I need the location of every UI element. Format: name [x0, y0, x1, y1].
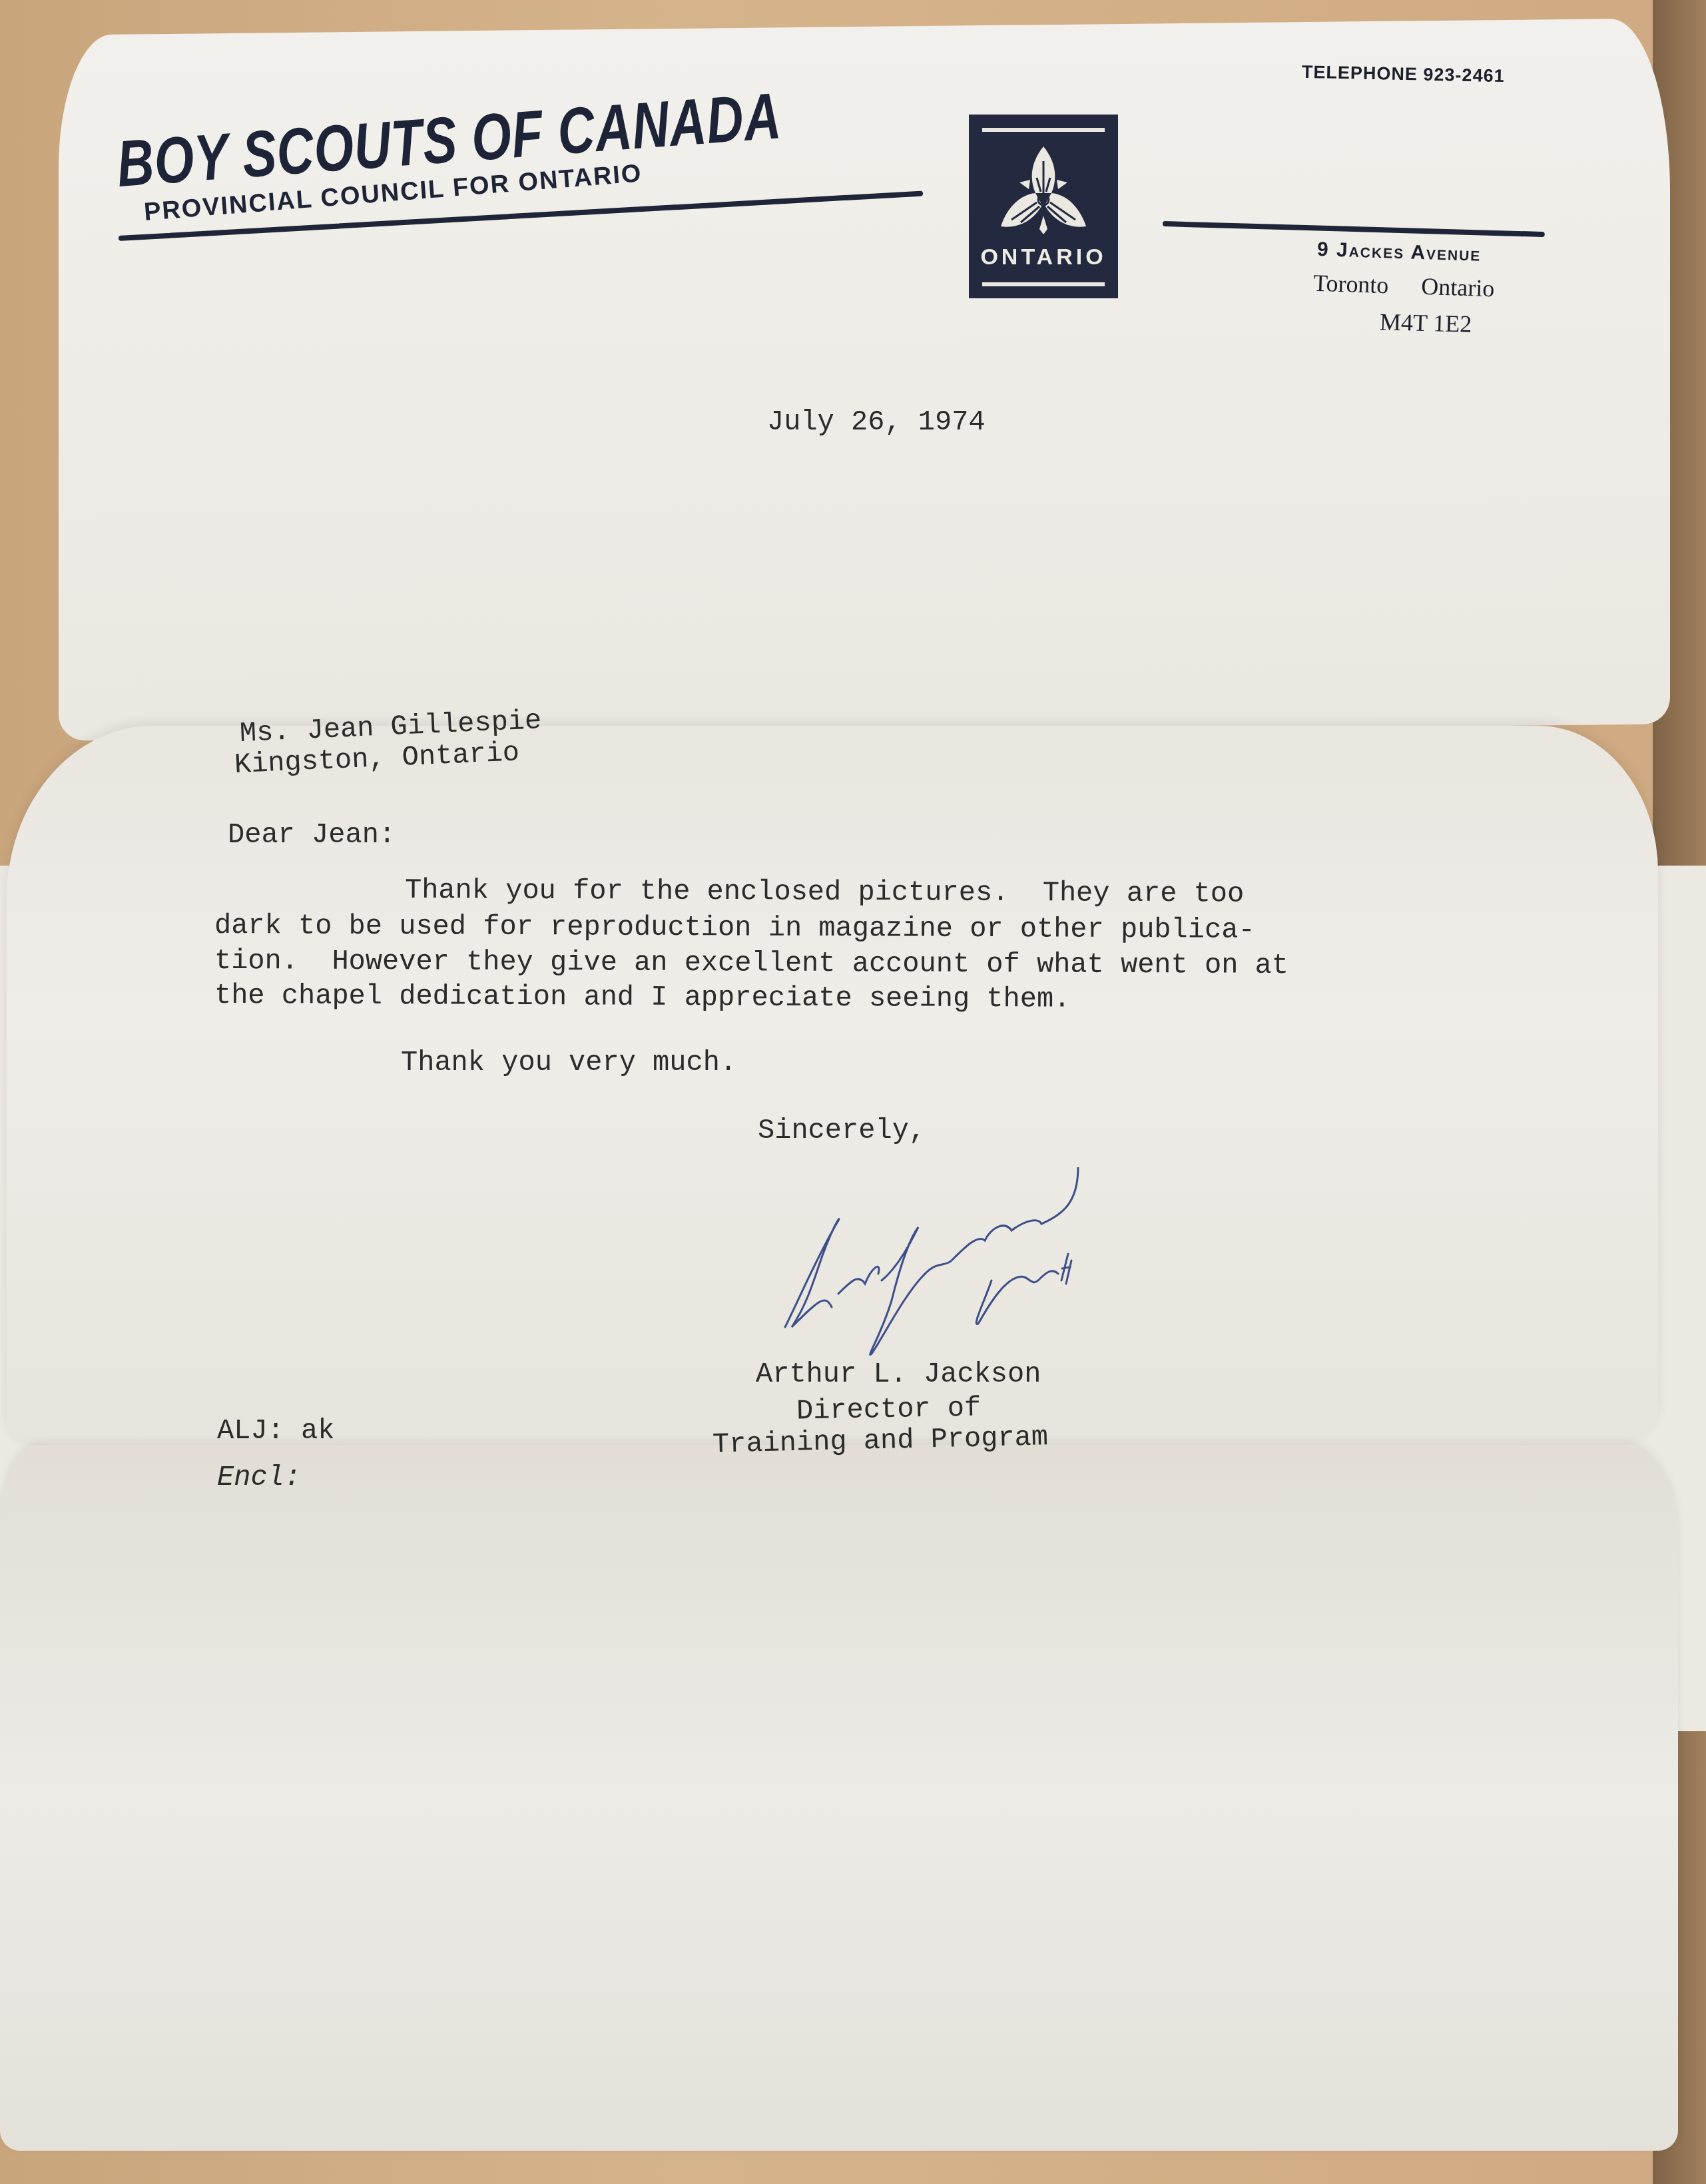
body-line: Thank you for the enclosed pictures. The… — [405, 874, 1244, 910]
signer-title-line1: Director of — [796, 1392, 982, 1428]
signer-name: Arthur L. Jackson — [756, 1358, 1041, 1390]
valediction: Sincerely, — [758, 1115, 926, 1147]
letter-bottom-fold — [0, 1445, 1678, 2151]
address-city: Toronto Ontario — [1312, 269, 1495, 303]
handwritten-signature — [752, 1155, 1165, 1370]
trillium-icon — [997, 141, 1090, 241]
letter-date: July 26, 1974 — [767, 406, 986, 438]
body-line: the chapel dedication and I appreciate s… — [214, 979, 1071, 1015]
telephone-number: TELEPHONE 923-2461 — [1302, 62, 1505, 87]
address-postal-code: M4T 1E2 — [1379, 308, 1472, 338]
badge-text: ONTARIO — [969, 244, 1118, 270]
salutation: Dear Jean: — [228, 819, 396, 851]
body-line: dark to be used for reproduction in maga… — [214, 910, 1255, 946]
badge-bar-bottom — [982, 282, 1105, 286]
reference-initials: ALJ: ak — [217, 1415, 334, 1447]
body-line: tion. However they give an excellent acc… — [214, 945, 1288, 981]
enclosure-note: Encl: — [217, 1462, 301, 1494]
ontario-badge: ONTARIO — [969, 115, 1118, 298]
badge-bar-top — [982, 128, 1105, 132]
closing-line: Thank you very much. — [401, 1047, 736, 1079]
signature-icon — [765, 1167, 1165, 1367]
